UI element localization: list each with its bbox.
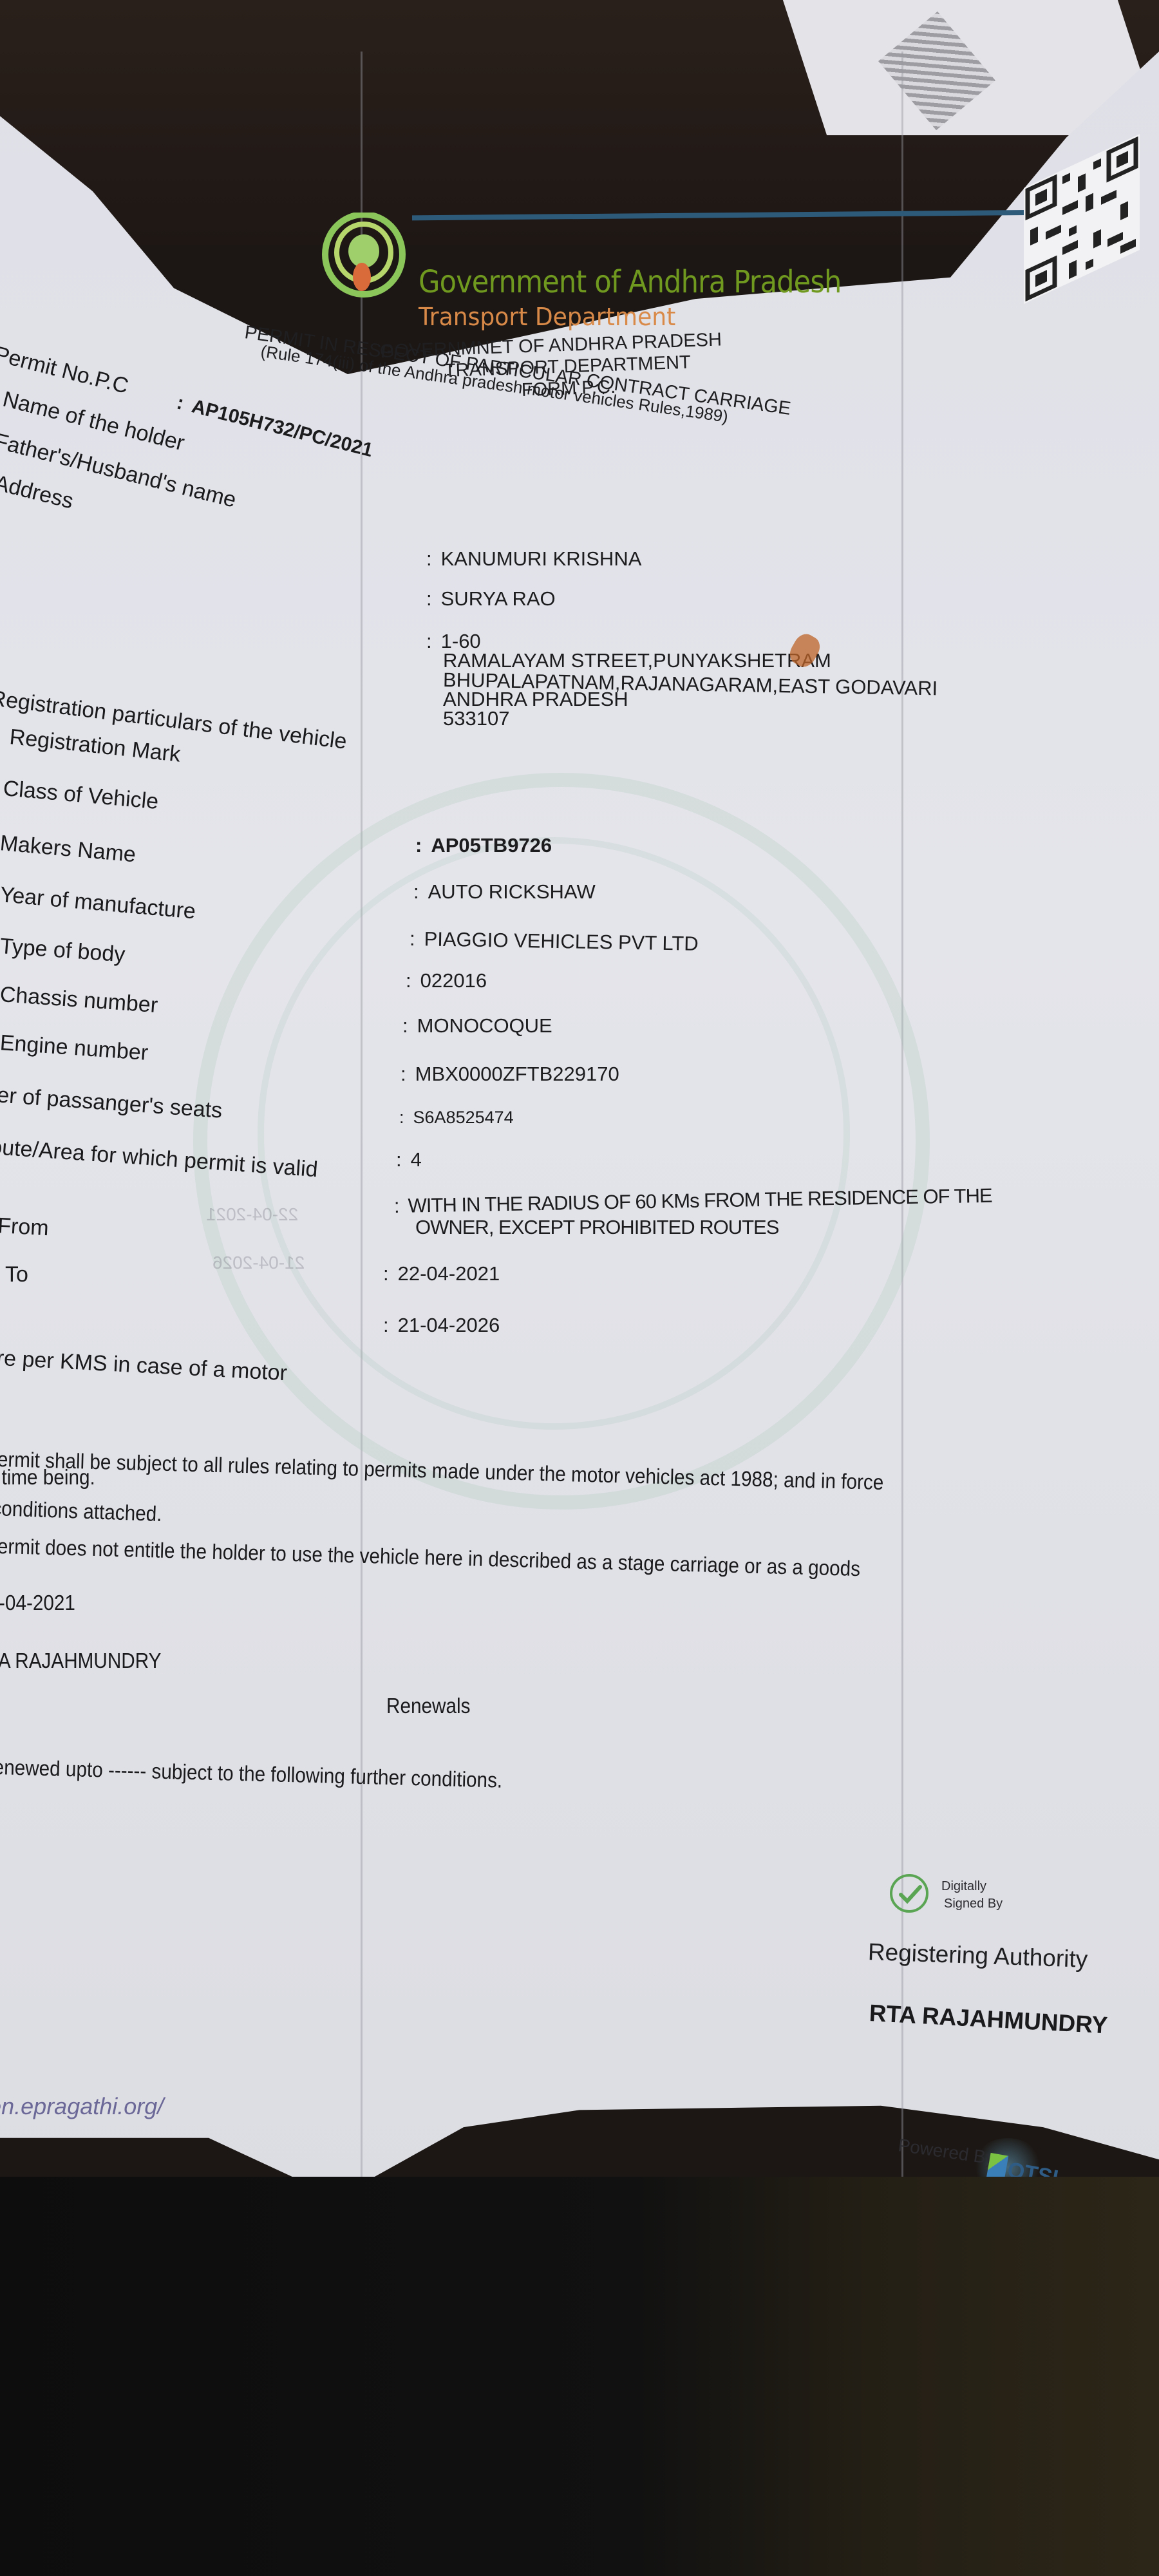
digitally-label: Digitally: [941, 1879, 986, 1894]
issue-date: 22-04-2021: [0, 1591, 75, 1615]
engine-number-value: :S6A8525474: [399, 1108, 514, 1128]
government-title: Government of Andhra Pradesh: [419, 264, 841, 300]
class-of-vehicle-value: :AUTO RICKSHAW: [413, 880, 596, 904]
year-of-manufacture-value: :022016: [406, 969, 487, 992]
validity-to-label: To: [5, 1262, 28, 1287]
condition-1-continued: for the time being.: [0, 1465, 95, 1490]
ap-emblem-icon: [322, 213, 406, 309]
department-title: Transport Department: [419, 303, 675, 331]
signed-by-label: Signed By: [944, 1897, 1003, 1911]
passenger-seats-value: :4: [396, 1148, 422, 1171]
validity-from-value: :22-04-2021: [383, 1262, 500, 1285]
background-bottom: [0, 2177, 1159, 2576]
bleed-through-text: 21-04-2026: [212, 1253, 305, 1273]
registration-mark-value: :AP05TB9726: [415, 834, 552, 857]
address-line: 533107: [443, 707, 509, 730]
watermark-seal-inner: [258, 837, 850, 1430]
chassis-number-value: :MBX0000ZFTB229170: [400, 1063, 619, 1086]
powered-by-label: Powered By: [897, 2135, 996, 2169]
father-name-value: :SURYA RAO: [426, 587, 556, 611]
holder-name-value: :KANUMURI KRISHNA: [426, 547, 641, 571]
route-area-value-line2: OWNER, EXCEPT PROHIBITED ROUTES: [415, 1216, 778, 1239]
issuing-office: RTA RAJAHMUNDRY: [0, 1649, 161, 1673]
digitally-signed-check-icon: [890, 1874, 928, 1913]
citizen-portal-link[interactable]: https://aprtacitizen.epragathi.org/: [0, 2093, 164, 2120]
renewals-heading: Renewals: [386, 1694, 470, 1718]
bleed-through-text: 22-04-2021: [206, 1204, 298, 1225]
validity-to-value: :21-04-2026: [383, 1314, 500, 1337]
type-of-body-value: :MONOCOQUE: [402, 1014, 552, 1037]
